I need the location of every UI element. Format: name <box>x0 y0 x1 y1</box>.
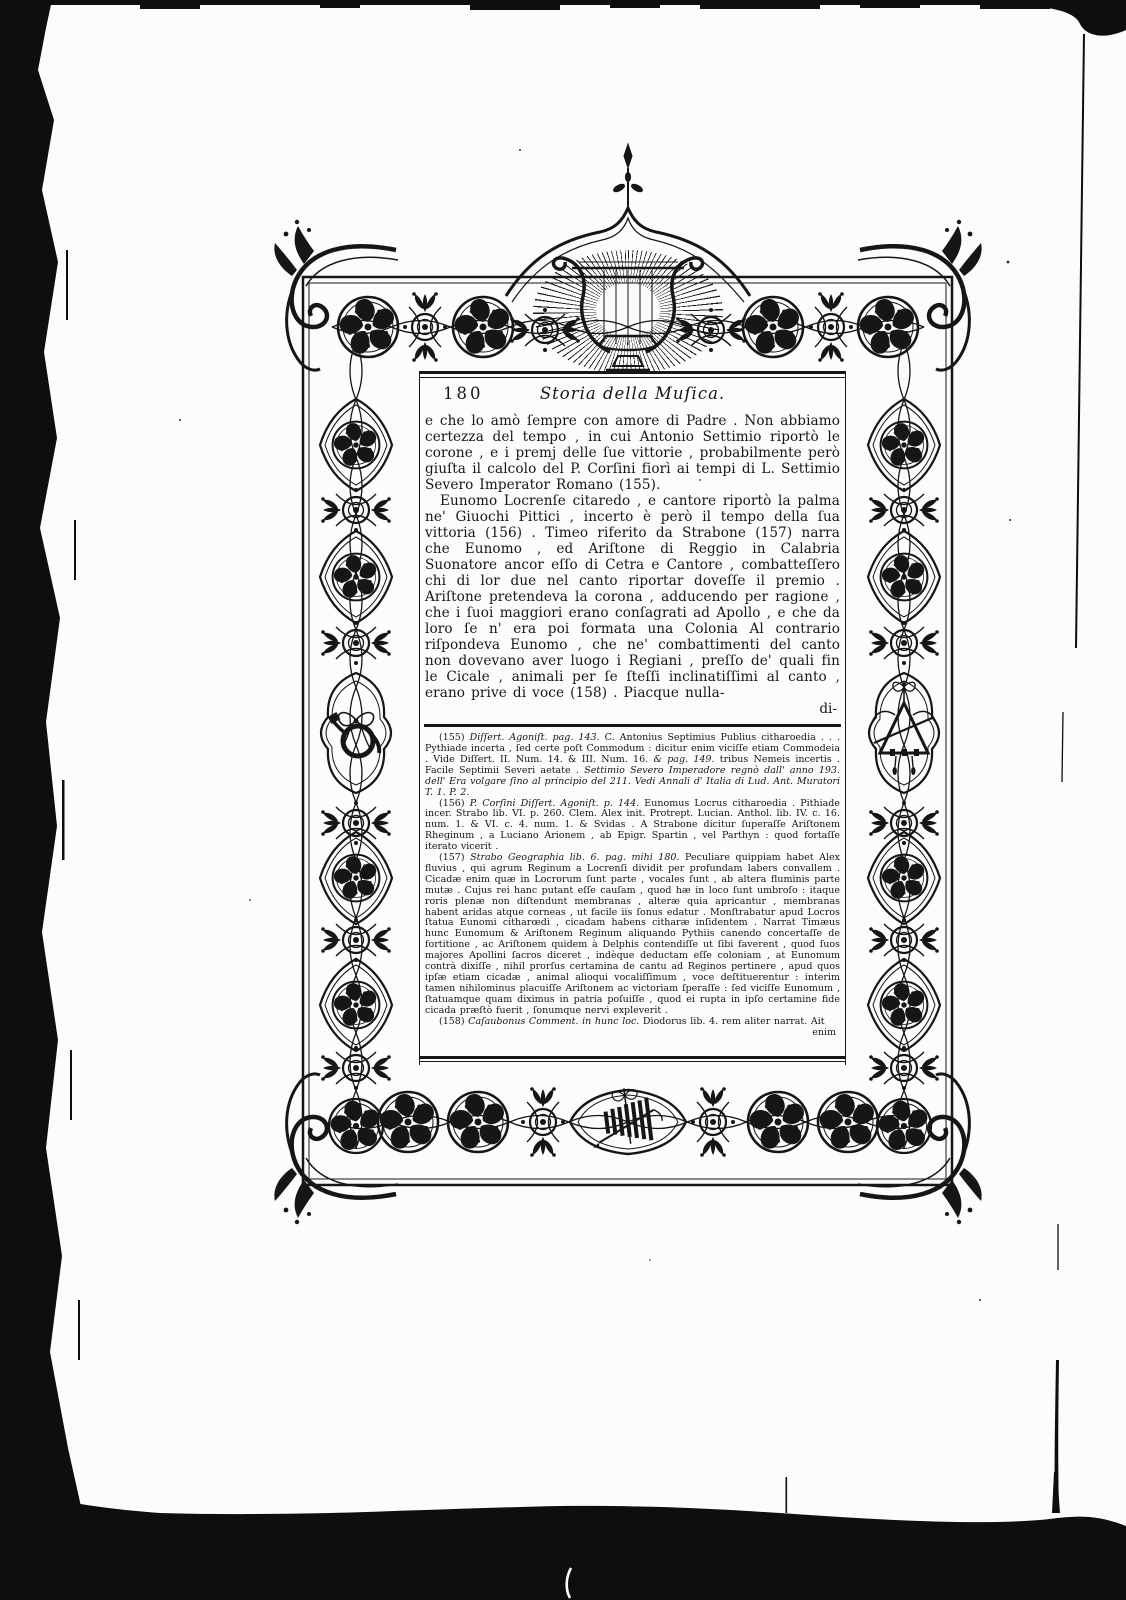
bottom-rule-heavy <box>420 1056 845 1059</box>
page-edge-line-top <box>1076 34 1084 648</box>
page-edge-line-right <box>1055 712 1063 1512</box>
tulip-knot-icon <box>869 918 939 962</box>
footnote-158: (158) Caſaubonus Comment. in hunc loc. D… <box>425 1017 840 1028</box>
triangle-cartouche <box>869 673 939 793</box>
rosette-icon <box>337 297 398 357</box>
panpipes-icon <box>586 1084 664 1148</box>
rosette-icon <box>742 297 803 357</box>
rosette-icon <box>447 1092 508 1152</box>
rosette-medallion-icon <box>868 531 940 623</box>
body-text: e che lo amò ſempre con amore di Padre .… <box>425 413 840 701</box>
footnote-number: (157) <box>439 852 465 863</box>
rosette-medallion-icon <box>868 959 940 1051</box>
rosette-medallion-icon <box>320 959 392 1051</box>
footnote-156: (156) P. Corſini Diſſert. Agoniſt. p. 14… <box>425 799 840 854</box>
footnote-text: Peculiare quippiam habet Alex fluvius , … <box>425 852 840 1016</box>
top-rule-heavy <box>420 371 845 374</box>
rosette-icon <box>857 297 918 357</box>
rosette-medallion-icon <box>320 399 392 491</box>
tulip-knot-icon <box>321 1046 391 1090</box>
tulip-knot-icon <box>321 488 391 532</box>
tulip-knot-icon <box>869 488 939 532</box>
sunburst-core <box>596 283 660 337</box>
corner-scroll-icon <box>274 1074 398 1224</box>
tulip-knot-icon <box>869 621 939 665</box>
running-title: Storia della Muſica. <box>425 384 840 403</box>
body-paragraph: Eunomo Locrenſe citaredo , e cantore rip… <box>425 493 840 701</box>
tulip-knot-icon <box>809 292 853 362</box>
top-edge-shadow <box>0 0 1126 36</box>
hunting-horn-cartouche <box>321 673 391 793</box>
footnotes: (155) Diſſert. Agoniſt. pag. 143. C. Ant… <box>425 733 840 1038</box>
bottom-edge-shadow <box>0 1472 1126 1600</box>
rosette-icon <box>817 1092 878 1152</box>
footnote-text: Diſſert. Agoniſt. pag. 143. <box>470 732 600 743</box>
bottom-rule-thin <box>420 1061 845 1062</box>
corner-scroll-icon <box>274 220 398 370</box>
footnote-text: Caſaubonus Comment. in hunc loc. <box>468 1016 639 1027</box>
footnote-number: (156) <box>439 798 465 809</box>
tulip-knot-icon <box>869 1046 939 1090</box>
footnote-155: (155) Diſſert. Agoniſt. pag. 143. C. Ant… <box>425 733 840 798</box>
rosette-icon <box>747 1092 808 1152</box>
footnote-number: (155) <box>439 732 465 743</box>
corner-scroll-icon <box>858 220 982 370</box>
rosette-icon <box>377 1092 438 1152</box>
footnote-catchword: enim <box>425 1028 840 1039</box>
tulip-knot-icon <box>403 292 447 362</box>
footnote-separator-rule <box>424 724 841 727</box>
rosette-icon <box>328 1099 383 1153</box>
triangle-instrument-icon <box>873 681 935 775</box>
tulip-knot-icon <box>321 801 391 845</box>
catchword: di- <box>425 701 840 717</box>
tulip-knot-icon <box>869 801 939 845</box>
tulip-knot-icon <box>321 918 391 962</box>
tulip-knot-icon <box>321 621 391 665</box>
book-page-scan: 180 Storia della Muſica. e che lo amò ſe… <box>0 0 1126 1600</box>
panpipes-cartouche <box>570 1084 686 1154</box>
rosette-icon <box>876 1099 931 1153</box>
hunting-horn-icon <box>328 712 380 756</box>
rosette-medallion-icon <box>868 832 940 924</box>
footnote-text: P. Corſini Diſſert. Agoniſt. p. 144. <box>470 798 639 809</box>
footnote-text: Diodorus lib. 4. rem aliter narrat. Ait <box>639 1016 824 1027</box>
footnote-157: (157) Strabo Geographia lib. 6. pag. mih… <box>425 853 840 1017</box>
body-paragraph: e che lo amò ſempre con amore di Padre .… <box>425 413 840 493</box>
footnote-text: Strabo Geographia lib. 6. pag. mihi 180. <box>470 852 679 863</box>
rosette-medallion-icon <box>320 531 392 623</box>
binding-shadow <box>0 0 86 1600</box>
rosette-medallion-icon <box>320 832 392 924</box>
tulip-knot-icon <box>521 1087 565 1157</box>
top-rule-thin <box>420 377 845 378</box>
page-header: 180 Storia della Muſica. <box>425 384 840 406</box>
finial-icon <box>612 144 643 206</box>
footnote-number: (158) <box>439 1016 465 1027</box>
corner-scroll-icon <box>858 1074 982 1224</box>
rosette-icon <box>452 297 513 357</box>
footnote-text: & pag. 149. <box>653 754 714 765</box>
rosette-medallion-icon <box>868 399 940 491</box>
text-block: 180 Storia della Muſica. e che lo amò ſe… <box>419 371 846 1065</box>
tulip-knot-icon <box>691 1087 735 1157</box>
